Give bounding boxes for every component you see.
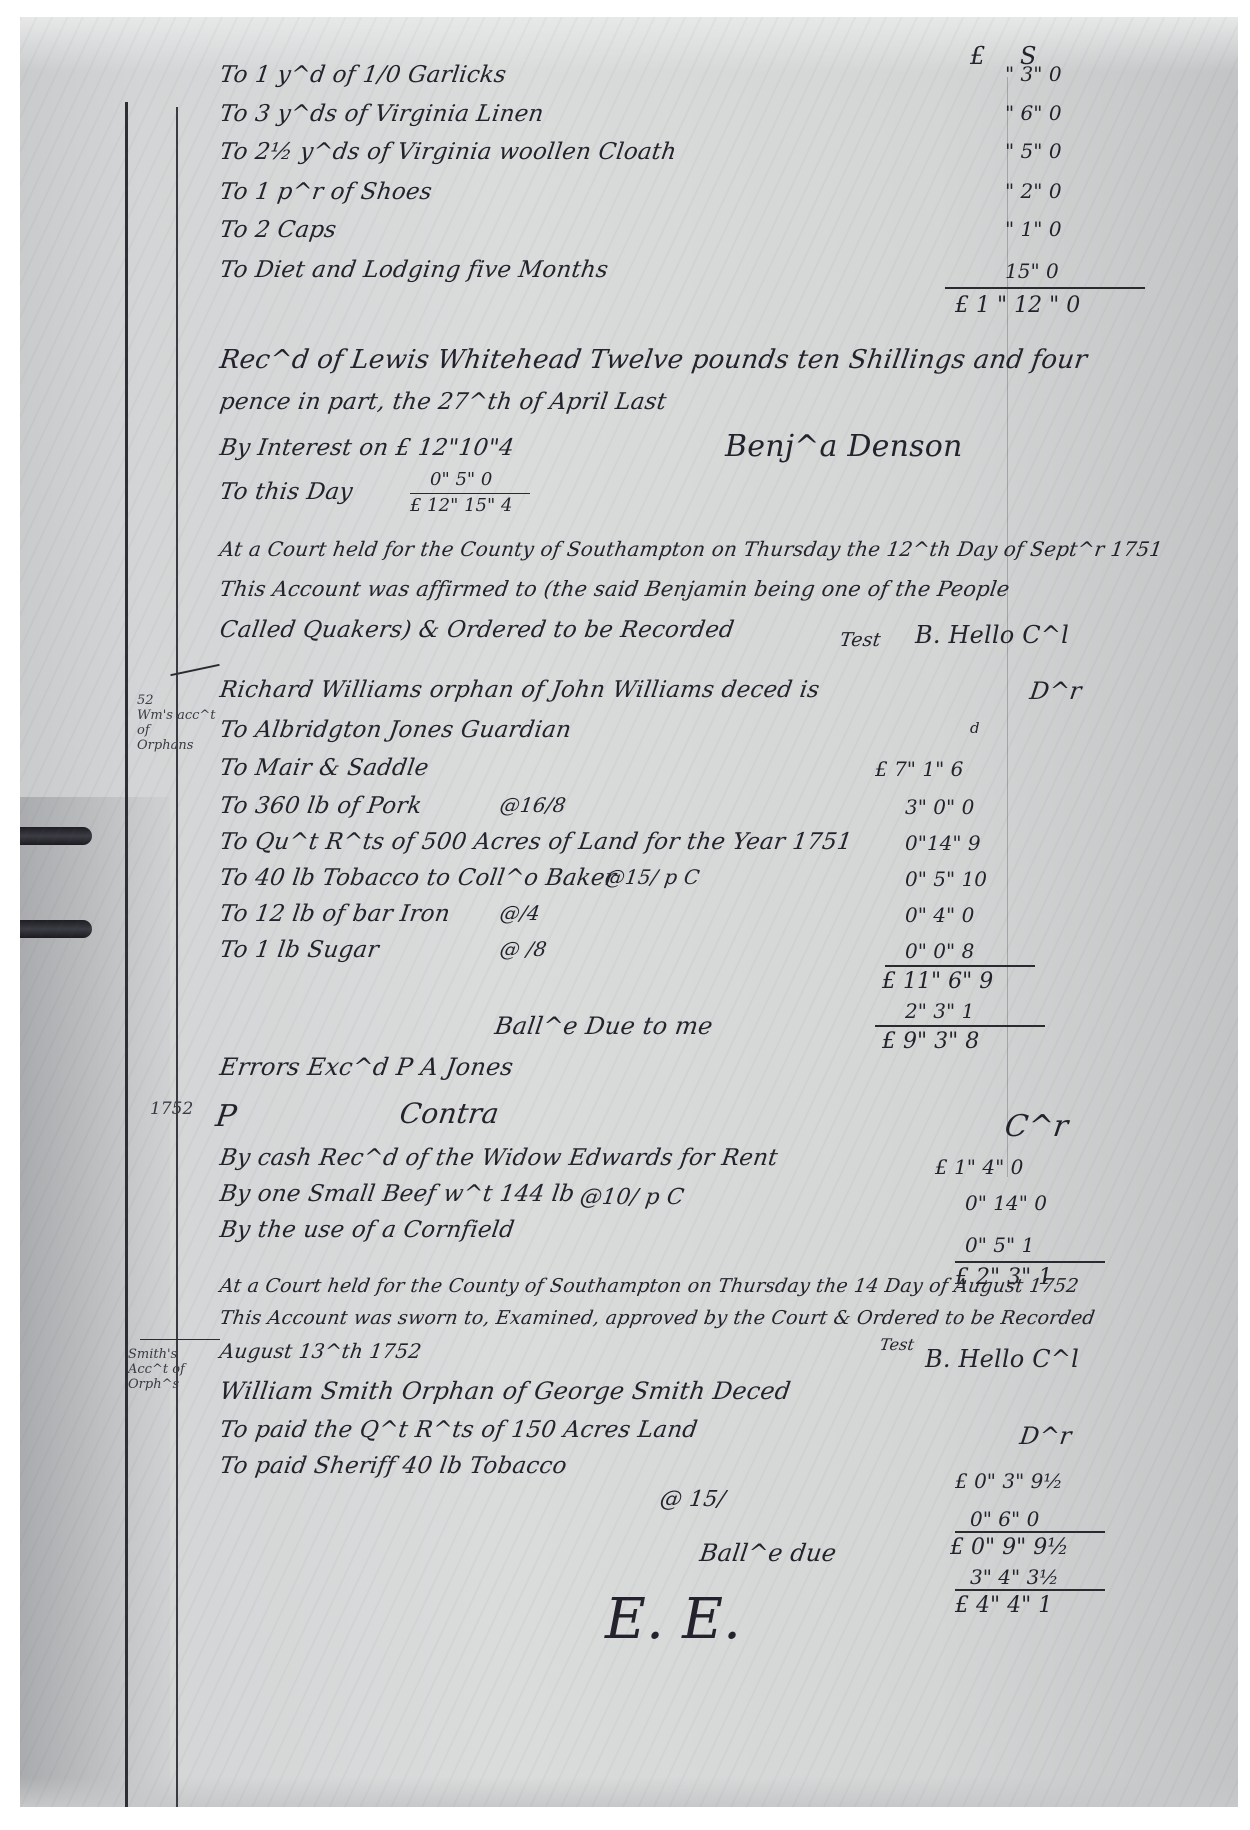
teste-label: Test <box>879 1335 916 1354</box>
balance-due: £ 9" 3" 8 <box>882 1029 979 1054</box>
entry-amount: " 6" 0 <box>1005 101 1062 125</box>
signature-denson: Benj^a Denson <box>725 429 963 464</box>
date-line: August 13^th 1752 <box>218 1339 423 1363</box>
page-bottom-edge <box>20 1777 1238 1807</box>
receipt-line: Rec^d of Lewis Whitehead Twelve pounds t… <box>218 345 1089 375</box>
per-mark: P <box>214 1099 239 1134</box>
entry-amount: 0" 4" 0 <box>905 903 974 927</box>
court-line: This Account was sworn to, Examined, app… <box>218 1307 1096 1329</box>
balance-due: £ 4" 4" 1 <box>955 1593 1052 1618</box>
entry-amount: " 1" 0 <box>1005 217 1062 241</box>
ledger-photograph: £ S To 1 y^d of 1/0 Garlicks " 3" 0 To 3… <box>20 17 1238 1807</box>
entry-line: To 3 y^ds of Virginia Linen <box>218 101 545 127</box>
teste-label: Test <box>838 629 882 651</box>
entry-amount: £ 7" 1" 6 <box>875 757 963 781</box>
entry-line: To Diet and Lodging five Months <box>218 257 610 283</box>
sum-rule <box>955 1531 1105 1533</box>
entry-line: To 360 lb of Pork <box>218 793 423 819</box>
entry-line: To 40 lb Tobacco to Coll^o Baker <box>218 865 618 891</box>
pounds-header: £ <box>970 42 985 70</box>
entry-line: To Qu^t R^ts of 500 Acres of Land for th… <box>218 829 854 855</box>
left-margin-rule <box>125 102 128 1807</box>
debit-marker: D^r <box>1028 677 1083 705</box>
court-line: This Account was affirmed to (the said B… <box>218 577 1011 601</box>
entry-rate: @16/8 <box>498 793 567 817</box>
court-line: Called Quakers) & Ordered to be Recorded <box>218 617 736 643</box>
entry-amount: 15" 0 <box>1005 259 1059 283</box>
year-note: 1752 <box>150 1102 193 1117</box>
entry-line: To 2 Caps <box>218 217 338 243</box>
sum-rule <box>885 965 1035 967</box>
receipt-line: pence in part, the 27^th of April Last <box>218 389 668 415</box>
entry-line: To 1 p^r of Shoes <box>218 179 434 205</box>
balance-credit: 3" 4" 3½ <box>970 1565 1059 1589</box>
binder-shadow <box>20 797 170 1807</box>
entry-amount: 0" 14" 0 <box>965 1191 1047 1215</box>
interest-line: By Interest on £ 12"10"4 <box>218 435 516 461</box>
entry-rate: @ 15/ <box>658 1487 727 1512</box>
entry-amount: 0" 5" 1 <box>965 1233 1034 1257</box>
entry-line: By the use of a Cornfield <box>218 1217 516 1243</box>
balance-label: Ball^e due <box>698 1539 838 1567</box>
sum-rule <box>955 1261 1105 1263</box>
subtotal: £ 11" 6" 9 <box>882 969 993 994</box>
account-heading: William Smith Orphan of George Smith Dec… <box>218 1377 792 1405</box>
entry-amount: 0" 5" 10 <box>905 867 987 891</box>
clerk-signature: B. Hello C^l <box>915 621 1069 649</box>
entry-line: To paid the Q^t R^ts of 150 Acres Land <box>218 1417 699 1443</box>
entry-line: To Mair & Saddle <box>218 755 430 781</box>
entry-line: By cash Rec^d of the Widow Edwards for R… <box>218 1145 779 1171</box>
account-heading: Richard Williams orphan of John Williams… <box>218 677 821 703</box>
entry-amount: " 3" 0 <box>1005 62 1062 86</box>
sum-rule <box>955 1589 1105 1591</box>
initials-signature: E. E. <box>605 1587 741 1652</box>
entry-amount: £ 1" 4" 0 <box>935 1155 1023 1179</box>
entry-rate: @ /8 <box>498 937 548 961</box>
sum-rule <box>875 1025 1045 1027</box>
subtotal: £ 0" 9" 9½ <box>950 1535 1069 1560</box>
court-line: At a Court held for the County of Southa… <box>218 1275 1080 1297</box>
this-day-line: To this Day <box>218 479 354 505</box>
entry-amount: " 5" 0 <box>1005 139 1062 163</box>
entry-amount: 0"14" 9 <box>905 831 981 855</box>
margin-note: Smith'sAcc^t ofOrph^s <box>128 1347 185 1392</box>
court-line: At a Court held for the County of Southa… <box>218 537 1164 561</box>
entry-line: By one Small Beef w^t 144 lb <box>218 1181 576 1207</box>
separator-mark <box>140 1339 220 1340</box>
entry-rate: @/4 <box>498 901 541 925</box>
this-day-total: £ 12" 15" 4 <box>410 495 512 516</box>
entry-rate: @10/ p C <box>578 1185 685 1210</box>
sum-rule <box>945 287 1145 289</box>
section-total: £ 1 " 12 " 0 <box>955 293 1080 318</box>
margin-note: 52Wm's acc^tofOrphans <box>137 693 216 753</box>
entry-line: To 1 y^d of 1/0 Garlicks <box>218 62 508 88</box>
pence-marker: d <box>970 719 980 737</box>
binder-ring-icon <box>20 827 92 845</box>
credit-marker: C^r <box>1003 1109 1071 1144</box>
balance-label: Ball^e Due to me <box>493 1012 715 1040</box>
debit-marker: D^r <box>1018 1422 1073 1450</box>
clerk-signature: B. Hello C^l <box>925 1345 1079 1373</box>
entry-line: To 12 lb of bar Iron <box>218 901 451 927</box>
entry-amount: 3" 0" 0 <box>905 795 974 819</box>
entry-rate: @15/ p C <box>603 865 701 889</box>
entry-line: To 1 lb Sugar <box>218 937 380 963</box>
entry-line: To paid Sheriff 40 lb Tobacco <box>218 1453 568 1479</box>
entry-amount: £ 0" 3" 9½ <box>955 1469 1063 1493</box>
credit-amount: 2" 3" 1 <box>905 999 974 1023</box>
inner-margin-rule <box>176 107 178 1807</box>
sum-rule <box>410 493 530 494</box>
binder-ring-icon <box>20 920 92 938</box>
entry-amount: 0" 0" 8 <box>905 939 974 963</box>
this-day-amount: 0" 5" 0 <box>430 469 492 490</box>
contra-heading: Contra <box>398 1097 501 1130</box>
errors-excepted-line: Errors Exc^d P A Jones <box>218 1053 515 1081</box>
entry-amount: 0" 6" 0 <box>970 1507 1039 1531</box>
entry-amount: " 2" 0 <box>1005 179 1062 203</box>
guardian-line: To Albridgton Jones Guardian <box>218 717 573 743</box>
entry-line: To 2½ y^ds of Virginia woollen Cloath <box>218 139 678 165</box>
